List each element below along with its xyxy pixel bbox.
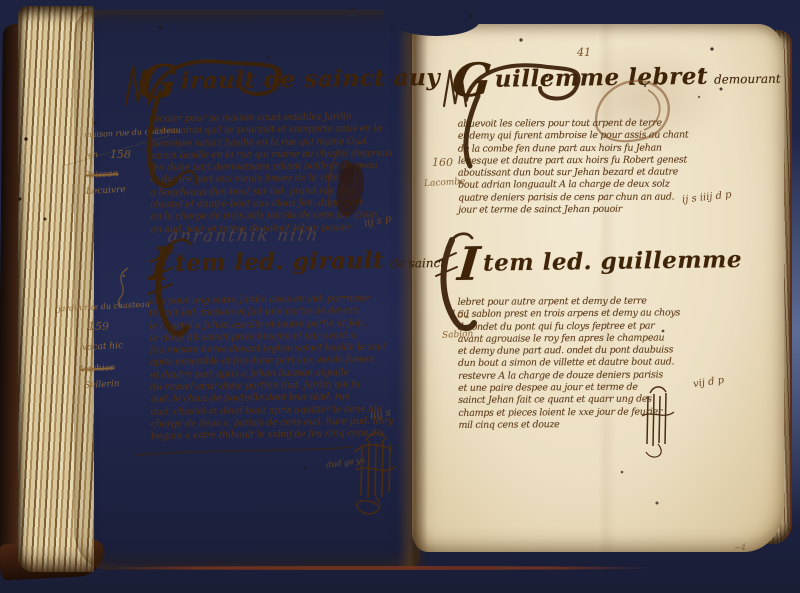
left-section1-heading: Girault de sainct auy — [138, 62, 441, 98]
heading-text: tem led. girault — [175, 247, 384, 277]
margin-number-160: 160 — [432, 156, 453, 169]
page-bottom-rim — [96, 566, 656, 570]
ink-show-through: anranthik nith — [167, 225, 321, 246]
margin-number-159: 159 — [88, 320, 109, 333]
right-section1-heading: Guillemme lebretdemourant — [452, 60, 781, 97]
illuminated-initial-i: I — [149, 248, 174, 281]
margin-struck-name: Vachier — [80, 363, 115, 375]
illuminated-initial-i: I — [457, 248, 482, 281]
margin-struck-name: Poisson — [84, 169, 119, 181]
illuminated-initial-g: G — [451, 64, 494, 97]
heading-text: uillemme lebret — [495, 63, 709, 93]
margin-owner-name: Lecuivre — [86, 185, 126, 197]
folio-number: 41 — [577, 46, 591, 59]
right-section1-paragraph: abuevoit les celiers pour tout arpent de… — [458, 117, 713, 217]
left-section2-heading: Item led. giraultde sainct — [150, 244, 445, 280]
margin-number-161: 161 — [450, 308, 471, 321]
corner-faint-mark: ~4 — [734, 543, 746, 552]
margin-owner-name: Sablon — [442, 329, 474, 341]
illuminated-initial-g: G — [137, 66, 180, 99]
right-section2-heading: Item led. guillemme — [458, 244, 742, 280]
margin-note-prefix: en — [88, 150, 98, 160]
heading-text: irault de sainct auy — [181, 64, 441, 95]
right-section2-paragraph: lebret pour autre arpent et demy de terr… — [458, 295, 719, 432]
manuscript-photo: Girault de sainct auy escuier pour sa ma… — [0, 0, 800, 593]
heading-text: tem led. guillemme — [483, 246, 742, 277]
margin-owner-name: Sellerin — [84, 379, 120, 391]
heading-suffix: demourant — [714, 72, 781, 87]
heading-suffix: de sainct — [390, 256, 445, 271]
margin-number-158: 158 — [110, 148, 131, 161]
margin-note-vacat: vacat hic — [82, 341, 124, 353]
